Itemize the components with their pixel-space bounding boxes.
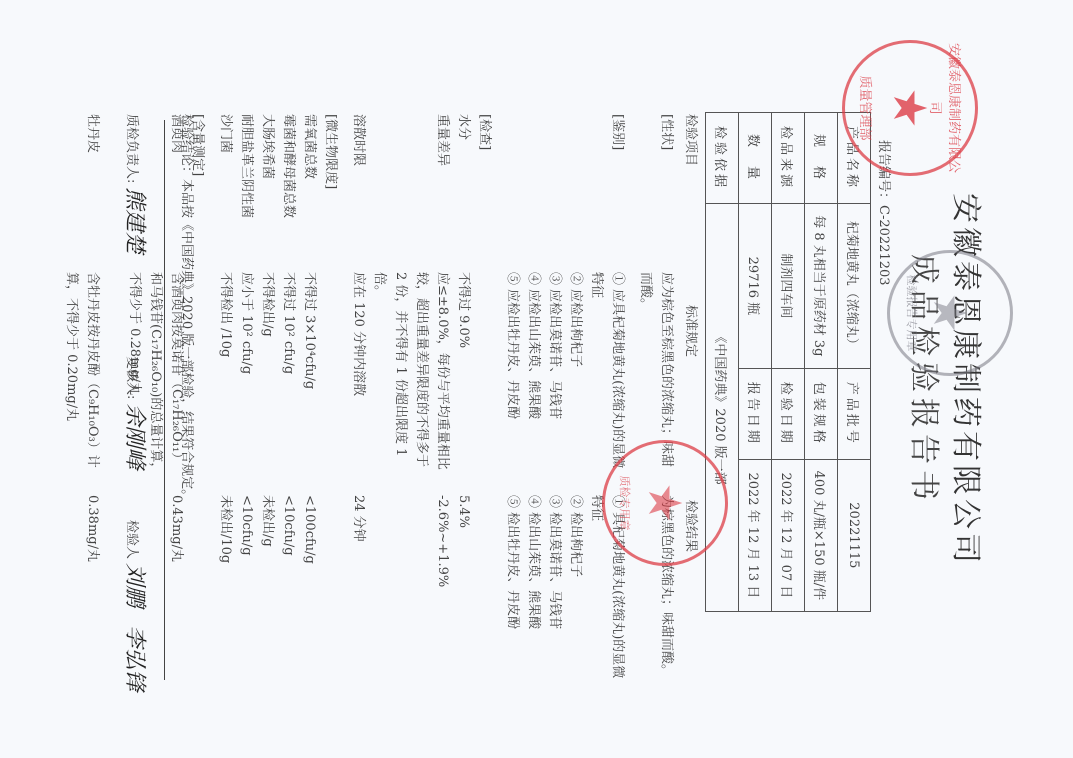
seal-text: 质检专用章 — [617, 443, 633, 563]
qc-label: 质检负责人: — [124, 114, 139, 183]
reviewer-signature-name: 余刚峰 — [122, 404, 147, 470]
quantity-value: 29716 瓶 — [739, 204, 772, 369]
test-item-name: 沙门菌 — [215, 114, 236, 153]
inspection-report-seal: ★ 检验报告专用章 — [887, 250, 1013, 376]
reviewer-signature: 复核人: 余刚峰 — [121, 356, 145, 470]
test-item-standard: 不得过 3×10⁴cfu/g — [299, 272, 320, 477]
product-name-value: 杞菊地黄丸（浓缩丸） — [838, 204, 871, 369]
inspector-signature-name-2: 李弘锋 — [122, 625, 147, 691]
test-item-result: <100cfu/g — [299, 495, 320, 685]
inspector-signature: 检验人 刘鹏 李弘锋 — [121, 520, 145, 691]
section-heading: [性状] — [656, 114, 677, 150]
product-info-table: 产品名称 杞菊地黄丸（浓缩丸） 产品批号 20221115 规 格 每 8 丸相… — [705, 112, 871, 612]
test-item-result: <10cfu/g — [278, 495, 299, 685]
report-date-label: 报告日期 — [739, 368, 772, 459]
batch-value: 20221115 — [838, 459, 871, 611]
star-icon: ★ — [887, 87, 933, 128]
test-item-standard: 含牡丹皮按丹皮酚（C₉H₁₀O₃）计算，不得少于 0.20mg/丸 — [61, 272, 103, 477]
test-item-result: -2.6%~+1.9% — [432, 495, 453, 685]
company-quality-seal: 安徽泰恩康制药有限公司 ★ 质量管理部 — [842, 40, 978, 176]
test-item-result: ② 检出枸杞子 — [565, 495, 586, 685]
test-item-result: 0.43mg/丸 — [166, 495, 187, 685]
package-value: 400 丸/瓶×150 瓶/件 — [805, 459, 838, 611]
test-item-standard: 应小于 10² cfu/g — [236, 272, 257, 477]
section-heading: [检查] — [474, 114, 495, 150]
test-item-result: ③ 检出莫诺苷、马钱苷 — [544, 495, 565, 685]
test-item-name: 耐胆盐革兰阴性菌 — [236, 114, 257, 218]
reviewer-label: 复核人: — [124, 356, 139, 399]
test-item-standard: 不得检出/g — [257, 272, 278, 477]
column-header-item: 检验项目 — [680, 114, 701, 166]
report-serial-value: C-20221203 — [876, 205, 891, 286]
star-icon: ★ — [642, 482, 688, 523]
table-row: 检品来源 制剂四车间 检验日期 2022 年 12 月 07 日 — [772, 113, 805, 612]
test-item-name: 牡丹皮 — [82, 114, 103, 153]
test-item-name: 霉菌和酵母菌总数 — [278, 114, 299, 218]
qc-red-seal: ★ 质检专用章 — [602, 440, 728, 566]
inspector-label: 检验人 — [124, 520, 139, 559]
company-name: 安徽泰恩康制药有限公司 — [947, 120, 991, 640]
table-row: 规 格 每 8 丸相当于原药材 3g 包装规格 400 丸/瓶×150 瓶/件 — [805, 113, 838, 612]
test-item-name: 大肠埃希菌 — [257, 114, 278, 179]
column-header-standard: 标准规定 — [680, 305, 701, 357]
inspection-report-page: 安徽泰恩康制药有限公司 成品检验报告书 报告编号：C-20221203 产品名称… — [0, 0, 1073, 758]
test-item-result: 5.4% — [453, 495, 474, 685]
test-item-name: 溶散时限 — [348, 114, 369, 166]
package-label: 包装规格 — [805, 368, 838, 459]
test-item-result: <10cfu/g — [236, 495, 257, 685]
section-heading: [微生物限度] — [320, 114, 341, 189]
test-item-result: 24 分钟 — [348, 495, 369, 685]
spec-value: 每 8 丸相当于原药材 3g — [805, 204, 838, 369]
signature-divider — [164, 120, 165, 680]
conclusion: 检验结论：本品按《中国药典》2020 版一部检验，结果符合规定。 — [176, 114, 197, 502]
inspect-date-value: 2022 年 12 月 07 日 — [772, 459, 805, 611]
quantity-label: 数 量 — [739, 113, 772, 204]
inspect-date-label: 检验日期 — [772, 368, 805, 459]
source-label: 检品来源 — [772, 113, 805, 204]
test-item-name: 需氧菌总数 — [299, 114, 320, 179]
test-item-standard: 应≤±8.0%，每份与平均重量相比较，超出重量差异限度的不得多于 2 份，并不得… — [369, 272, 453, 477]
qc-signature: 质检负责人: 熊建楚 — [121, 114, 145, 254]
table-row: 数 量 29716 瓶 报告日期 2022 年 12 月 13 日 — [739, 113, 772, 612]
test-item-standard: 不得检出 /10g — [215, 272, 236, 477]
batch-label: 产品批号 — [838, 368, 871, 459]
test-item-standard: ③ 应检出莫诺苷、马钱苷 — [544, 272, 565, 477]
table-row: 产品名称 杞菊地黄丸（浓缩丸） 产品批号 20221115 — [838, 113, 871, 612]
spec-label: 规 格 — [805, 113, 838, 204]
test-item-standard: ② 应检出枸杞子 — [565, 272, 586, 477]
seal-text: 检验报告专用章 — [904, 253, 920, 373]
test-item-name: 重量差异 — [432, 114, 453, 166]
test-item-standard: 不得过 9.0% — [453, 272, 474, 477]
section-heading: [鉴别] — [607, 114, 628, 150]
source-value: 制剂四车间 — [772, 204, 805, 369]
test-item-result: ⑤ 检出牡丹皮、丹皮酚 — [502, 495, 523, 685]
test-item-standard: 不得过 10² cfu/g — [278, 272, 299, 477]
conclusion-label: 检验结论： — [179, 114, 194, 179]
report-title: 成品检验报告书 — [905, 120, 949, 640]
basis-label: 检验依据 — [706, 113, 739, 204]
test-item-name: 水分 — [453, 114, 474, 140]
test-item-result: 未检出/10g — [215, 495, 236, 685]
inspector-signature-name: 刘鹏 — [122, 563, 147, 607]
test-item-result: ④ 检出山茱萸、熊果酸 — [523, 495, 544, 685]
test-item-standard: ④ 应检出山茱萸、熊果酸 — [523, 272, 544, 477]
test-item-result: 0.38mg/丸 — [82, 495, 103, 685]
test-item-standard: 应在 120 分钟内溶散 — [348, 272, 369, 477]
test-item-result: 未检出/g — [257, 495, 278, 685]
conclusion-text: 本品按《中国药典》2020 版一部检验，结果符合规定。 — [179, 179, 194, 502]
star-icon: ★ — [927, 292, 973, 333]
seal-bottom-text: 质量管理部 — [857, 43, 876, 173]
report-date-value: 2022 年 12 月 13 日 — [739, 459, 772, 611]
test-item-standard: ⑤ 应检出牡丹皮、丹皮酚 — [502, 272, 523, 477]
basis-value: 《中国药典》2020 版一部 — [706, 204, 739, 612]
qc-signature-name: 熊建楚 — [122, 188, 147, 254]
